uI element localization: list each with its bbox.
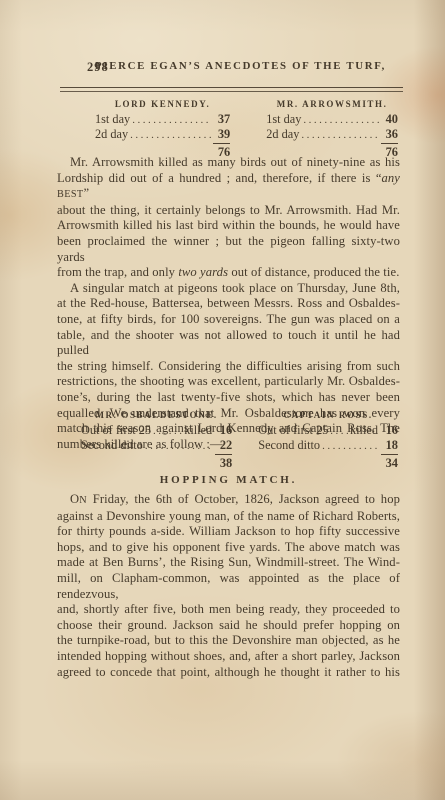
score-table-lord-kennedy: LORD KENNEDY. 1st day...................… (57, 98, 242, 160)
table-total-row: 34 (258, 454, 398, 471)
paragraph-line: tone, at fifty birds, for 100 sovereigns… (57, 312, 400, 328)
paragraph-line: been proclaimed the winner ; but the pig… (57, 234, 400, 265)
table-rows: Out of first 25.........................… (258, 423, 398, 453)
body-text-upper: Mr. Arrowsmith killed as many birds out … (57, 155, 400, 452)
score-label: Second ditto (258, 438, 320, 452)
score-table-mr-osbaldestone: MR. OSBALDESTONE. Out of first 25.......… (57, 409, 242, 471)
dot-leader: ........................................… (132, 113, 211, 127)
dot-leader: ........................................… (330, 424, 348, 438)
header-double-rule (60, 87, 403, 92)
score-value: 37 (213, 112, 230, 126)
score-label: 2d day (95, 127, 128, 141)
paragraph-line: against a Devonshire young man, of the n… (57, 509, 400, 525)
paragraph-line: tone’s, during the last twenty-five shot… (57, 390, 400, 406)
score-row: Second ditto............................… (81, 438, 232, 453)
paragraph-line: mill, on Clapham-common, was appointed a… (57, 571, 400, 602)
table-title: MR. OSBALDESTONE. (81, 409, 232, 421)
table-rows: Out of first 25.........................… (81, 423, 232, 453)
dot-leader: ........................................… (153, 424, 182, 438)
paragraph-line: agreed to concede that point, although h… (57, 665, 400, 681)
paragraph-line: the turnpike-road, but to this the Devon… (57, 633, 400, 649)
score-label: 1st day (95, 112, 130, 126)
running-title: PIERCE EGAN’S ANECDOTES OF THE TURF, (69, 60, 412, 72)
score-row: 1st day.................................… (266, 112, 398, 127)
dot-leader: ........................................… (130, 128, 211, 142)
score-label-suffix: killed (184, 423, 212, 437)
table-title: MR. ARROWSMITH. (266, 98, 398, 110)
score-label-suffix: killed (350, 423, 378, 437)
score-tables-top: LORD KENNEDY. 1st day...................… (57, 98, 400, 160)
table-rows: 1st day.................................… (266, 112, 398, 142)
paragraph-line: about the thing, it certainly belongs to… (57, 203, 400, 219)
score-value: 18 (381, 438, 398, 452)
score-table-captain-ross: CAPTAIN ROSS. Out of first 25...........… (242, 409, 400, 471)
score-value: 36 (381, 127, 398, 141)
score-row: 2d day..................................… (266, 127, 398, 142)
score-value: 40 (381, 112, 398, 126)
page-header: 298 PIERCE EGAN’S ANECDOTES OF THE TURF, (57, 59, 400, 74)
paragraph-line: hops, and to give his opponent five yard… (57, 540, 400, 556)
paragraph-line: for thirty pounds a-side. William Jackso… (57, 524, 400, 540)
paragraph-line: the string himself. Considering the diff… (57, 359, 400, 375)
score-value: 16 (381, 423, 398, 437)
score-label: Out of first 25 (258, 423, 328, 437)
dot-leader: ........................................… (145, 439, 213, 453)
score-row: 2d day..................................… (95, 127, 230, 142)
dot-leader: ........................................… (303, 113, 379, 127)
score-row: Second ditto............................… (258, 438, 398, 453)
paragraph-line: restrictions, the shooting was excellent… (57, 374, 400, 390)
dot-leader: ........................................… (322, 439, 379, 453)
paragraph-line: Mr. Arrowsmith killed as many birds out … (57, 155, 400, 171)
paragraph: Mr. Arrowsmith killed as many birds out … (57, 155, 400, 281)
paragraph: On Friday, the 6th of October, 1826, Jac… (57, 492, 400, 680)
score-tables-bottom: MR. OSBALDESTONE. Out of first 25.......… (57, 409, 400, 471)
dot-leader: ........................................… (301, 128, 379, 142)
body-text-hopping: On Friday, the 6th of October, 1826, Jac… (57, 492, 400, 680)
score-row: Out of first 25.........................… (81, 423, 232, 438)
paragraph-line: at the Red-house, Battersea, between Mes… (57, 296, 400, 312)
score-row: 1st day.................................… (95, 112, 230, 127)
paragraph-line: table, and the shooter was not allowed t… (57, 328, 400, 359)
paragraph-line: A singular match at pigeons took place o… (57, 281, 400, 297)
score-label: 1st day (266, 112, 301, 126)
paragraph-line: On Friday, the 6th of October, 1826, Jac… (57, 492, 400, 509)
score-table-mr-arrowsmith: MR. ARROWSMITH. 1st day.................… (242, 98, 400, 160)
score-row: Out of first 25.........................… (258, 423, 398, 438)
table-total: 38 (215, 454, 232, 471)
paragraph-line: Arrowsmith killed his last bird within t… (57, 218, 400, 234)
table-rows: 1st day.................................… (95, 112, 230, 142)
score-label: 2d day (266, 127, 299, 141)
score-label: Second ditto (81, 438, 143, 452)
table-total: 34 (381, 454, 398, 471)
score-value: 16 (215, 423, 232, 437)
table-title: CAPTAIN ROSS. (258, 409, 398, 421)
book-page: 298 PIERCE EGAN’S ANECDOTES OF THE TURF,… (0, 0, 445, 800)
score-value: 22 (215, 438, 232, 452)
table-title: LORD KENNEDY. (95, 98, 230, 110)
section-heading-hopping-match: HOPPING MATCH. (57, 474, 400, 486)
table-total-row: 38 (81, 454, 232, 471)
paragraph-line: from the trap, and only two yards out of… (57, 265, 400, 281)
paragraph-line: made at Ben Burns’, the Rising Sun, Wind… (57, 555, 400, 571)
score-label: Out of first 25 (81, 423, 151, 437)
paragraph-line: intended hopping without shoes, and, aft… (57, 649, 400, 665)
paragraph-line: Lordship did out of a hundred ; and, the… (57, 171, 400, 203)
paragraph-line: choose their ground. Jackson said he sho… (57, 618, 400, 634)
paragraph-line: and, shortly after five, both men being … (57, 602, 400, 618)
score-value: 39 (213, 127, 230, 141)
